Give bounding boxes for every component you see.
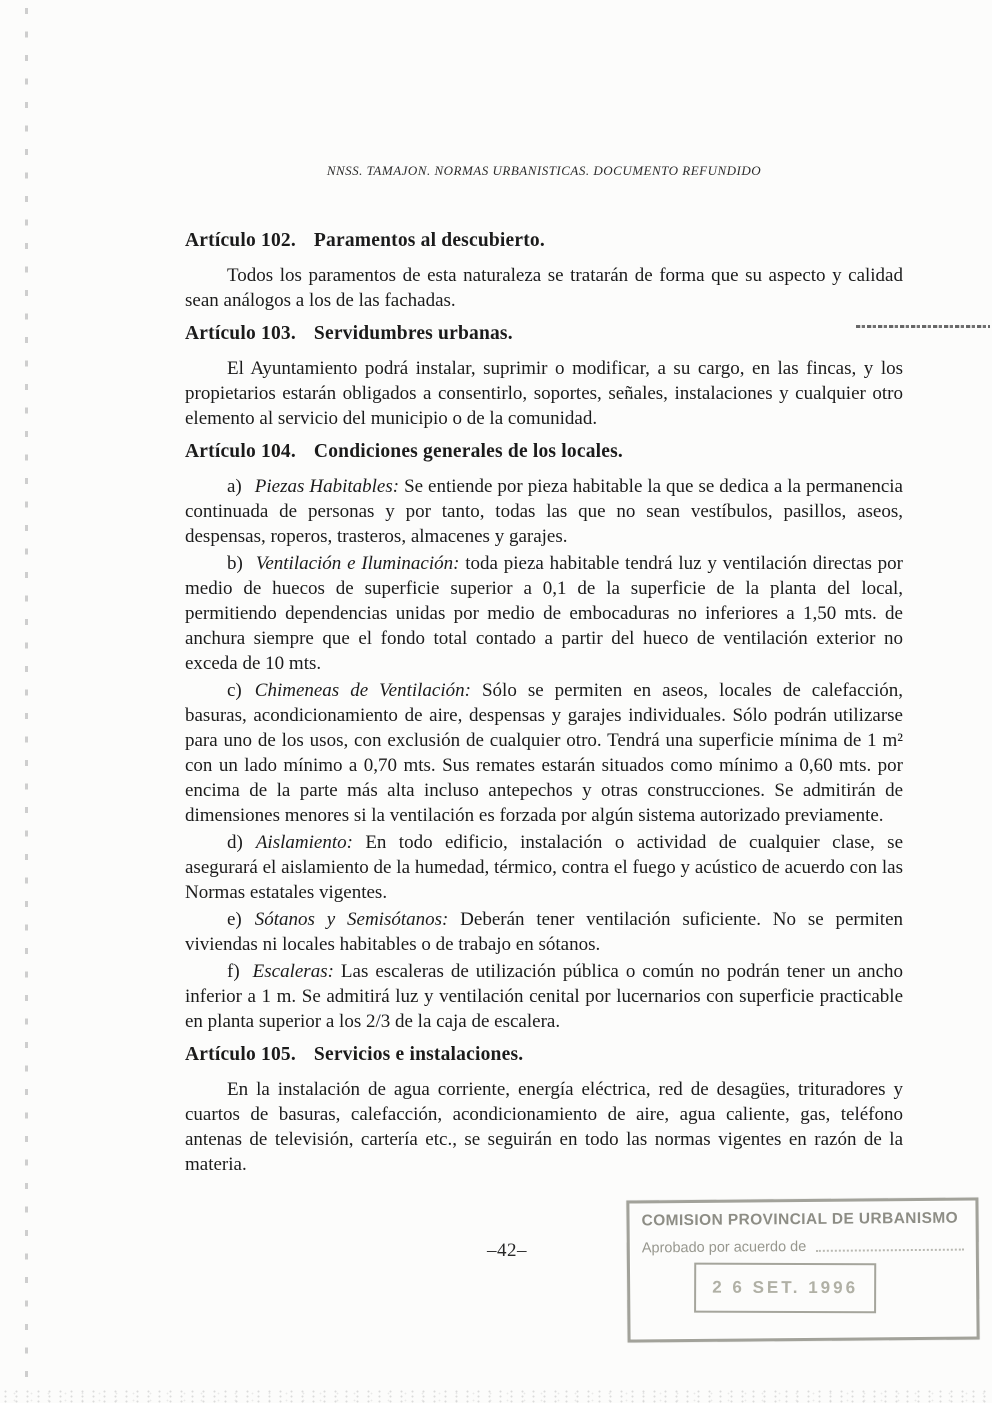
stamp-date: 2 6 SET. 1996 (712, 1278, 858, 1299)
article-title: Condiciones generales de los locales. (314, 441, 623, 462)
item-term: Ventilación e Iluminación: (256, 553, 460, 574)
article-number: Artículo 104. (185, 441, 296, 462)
article-105: Artículo 105.Servicios e instalaciones. … (185, 1042, 903, 1177)
stamp-approval-label: Aprobado por acuerdo de (642, 1239, 807, 1256)
article-heading: Artículo 102.Paramentos al descubierto. (185, 228, 903, 253)
list-item-b: b)Ventilación e Iluminación: toda pieza … (185, 551, 903, 676)
item-term: Chimeneas de Ventilación: (255, 680, 471, 701)
stamp-approval-row: Aprobado por acuerdo de (642, 1238, 964, 1257)
article-heading: Artículo 104.Condiciones generales de lo… (185, 439, 903, 464)
stamp-dotted-line (816, 1249, 964, 1252)
stamp-title: COMISION PROVINCIAL DE URBANISMO (641, 1210, 963, 1231)
stamp-date-box: 2 6 SET. 1996 (694, 1263, 876, 1314)
article-number: Artículo 105. (185, 1044, 296, 1065)
paragraph: En la instalación de agua corriente, ene… (185, 1077, 903, 1177)
item-term: Aislamiento: (256, 832, 353, 853)
paragraph: El Ayuntamiento podrá instalar, suprimir… (185, 356, 903, 431)
item-letter: a) (227, 476, 242, 497)
article-heading: Artículo 105.Servicios e instalaciones. (185, 1042, 903, 1067)
article-number: Artículo 102. (185, 230, 296, 251)
list-item-f: f)Escaleras: Las escaleras de utilizació… (185, 959, 903, 1034)
item-letter: d) (227, 832, 243, 853)
list-item-e: e)Sótanos y Semisótanos: Deberán tener v… (185, 907, 903, 957)
item-letter: f) (227, 961, 240, 982)
paragraph: Todos los paramentos de esta naturaleza … (185, 263, 903, 313)
item-letter: b) (227, 553, 243, 574)
document-body: Artículo 102.Paramentos al descubierto. … (185, 228, 903, 1179)
page-number: –42– (407, 1240, 607, 1262)
list-item-a: a)Piezas Habitables: Se entiende por pie… (185, 474, 903, 549)
list-item-d: d)Aislamiento: En todo edificio, instala… (185, 830, 903, 905)
item-term: Sótanos y Semisótanos: (255, 909, 449, 930)
article-104: Artículo 104.Condiciones generales de lo… (185, 439, 903, 1034)
list-item-c: c)Chimeneas de Ventilación: Sólo se perm… (185, 678, 903, 828)
article-title: Paramentos al descubierto. (314, 230, 545, 251)
article-102: Artículo 102.Paramentos al descubierto. … (185, 228, 903, 313)
binding-marks (25, 8, 28, 1379)
article-103: Artículo 103.Servidumbres urbanas. El Ay… (185, 321, 903, 431)
item-term: Escaleras: (253, 961, 334, 982)
item-letter: e) (227, 909, 242, 930)
item-letter: c) (227, 680, 242, 701)
article-title: Servicios e instalaciones. (314, 1044, 523, 1065)
running-header: NNSS. TAMAJON. NORMAS URBANISTICAS. DOCU… (0, 163, 992, 179)
item-term: Piezas Habitables: (255, 476, 399, 497)
article-heading: Artículo 103.Servidumbres urbanas. (185, 321, 903, 346)
approval-stamp: COMISION PROVINCIAL DE URBANISMO Aprobad… (626, 1197, 979, 1342)
scan-noise-band (0, 1388, 992, 1403)
item-text: Sólo se permiten en aseos, locales de ca… (185, 680, 903, 826)
article-title: Servidumbres urbanas. (314, 323, 513, 344)
article-number: Artículo 103. (185, 323, 296, 344)
